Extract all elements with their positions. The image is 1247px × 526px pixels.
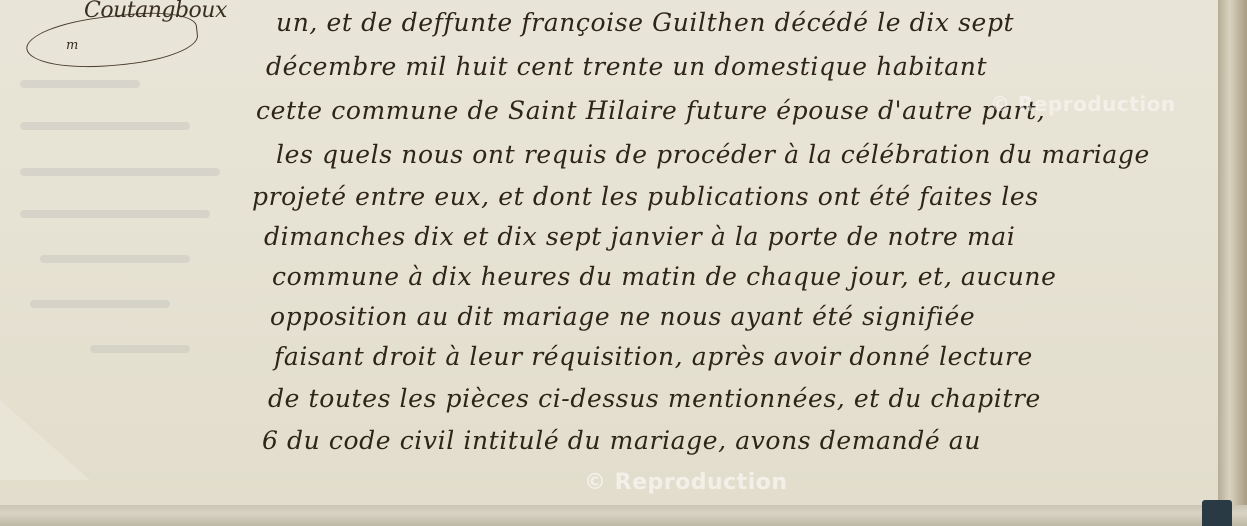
- text-line: 6 du code civil intitulé du mariage, avo…: [262, 426, 981, 455]
- bleed-line: [30, 300, 170, 308]
- text-line: opposition au dit mariage ne nous ayant …: [270, 302, 975, 331]
- text-line: projeté entre eux, et dont les publicati…: [252, 182, 1039, 211]
- bleed-line: [20, 210, 210, 218]
- margin-name: Coutangboux: [84, 0, 227, 23]
- watermark-reproduction: © Reproduction: [584, 470, 788, 495]
- page-corner: [0, 400, 90, 480]
- text-line: cette commune de Saint Hilaire future ép…: [256, 96, 1045, 125]
- margin-sub: m: [66, 38, 78, 53]
- bleed-line: [20, 80, 140, 88]
- book-binding: [1202, 500, 1232, 526]
- text-line: de toutes les pièces ci-dessus mentionné…: [268, 384, 1041, 413]
- text-line: commune à dix heures du matin de chaque …: [272, 262, 1057, 291]
- bleed-line: [20, 168, 220, 176]
- text-line: faisant droit à leur réquisition, après …: [274, 342, 1033, 371]
- margin-annotation: Coutangboux m: [22, 0, 232, 80]
- text-line: les quels nous ont requis de procéder à …: [276, 140, 1150, 169]
- page-edge-right: [1218, 0, 1247, 526]
- page-edge-bottom: [0, 505, 1247, 526]
- watermark-reproduction: © Reproduction: [990, 92, 1176, 116]
- bleed-line: [90, 345, 190, 353]
- bleed-line: [20, 122, 190, 130]
- text-line: un, et de deffunte françoise Guilthen dé…: [276, 8, 1014, 37]
- bleed-line: [40, 255, 190, 263]
- text-line: dimanches dix et dix sept janvier à la p…: [264, 222, 1015, 251]
- text-line: décembre mil huit cent trente un domesti…: [266, 52, 987, 81]
- document-page: Coutangboux m un, et de deffunte françoi…: [0, 0, 1218, 505]
